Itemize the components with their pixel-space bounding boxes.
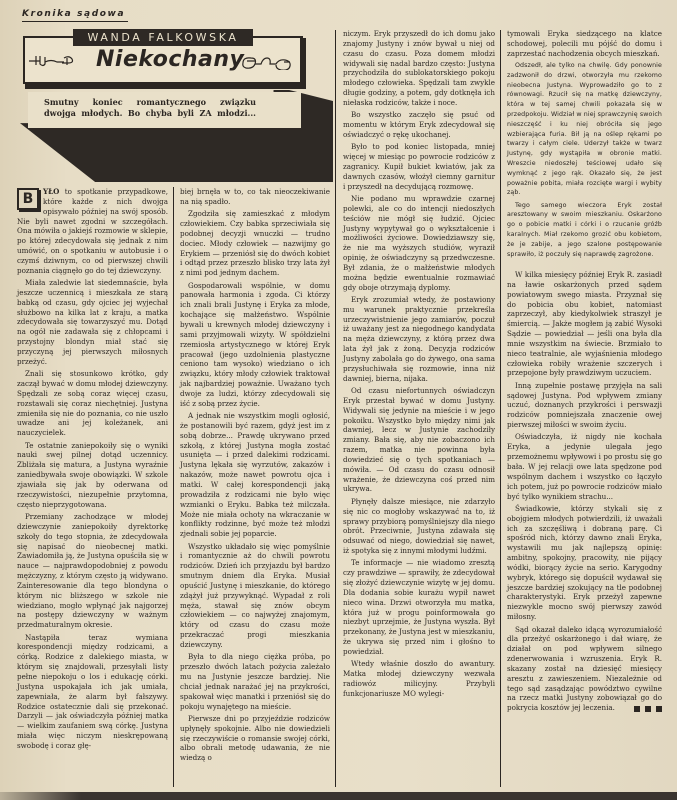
paragraph: Te informacje — nie wiadomo zresztą czy …: [343, 558, 495, 656]
drop-cap: B: [17, 188, 39, 210]
section-label: Kronika sądowa: [22, 9, 128, 22]
article-column-4: tymowali Eryka siedzącego na klatce scho…: [507, 29, 662, 716]
doodle-left-icon: [28, 53, 80, 69]
paragraph: Była to dla niego ciężka próba, po przes…: [180, 652, 330, 711]
paragraph: Płynęły dalsze miesiące, nie zdarzyło si…: [343, 497, 495, 556]
page-bottom-edge: [0, 792, 677, 800]
paragraph: Od czasu niefortunnych oświadczyn Eryk p…: [343, 386, 495, 494]
article-column-1: BYŁO to spotkanie przypadkowe, które każ…: [17, 187, 168, 753]
column-divider: [335, 30, 336, 787]
paragraph: Oświadczyła, iż nigdy nie kochała Eryka,…: [507, 432, 662, 501]
paragraph: Bo wszystko zaczęło się psuć od momentu …: [343, 110, 495, 140]
doodle-right-icon: [241, 56, 295, 70]
title-box-shadow: [25, 83, 306, 89]
paragraph: Pierwsze dni po przyjeździe rodziców upł…: [180, 714, 330, 763]
article-column-2: biej brnęła w to, co tak nieoczekiwanie …: [180, 187, 330, 766]
article-lead: Smutny koniec romantycznego związku dwoj…: [44, 97, 256, 119]
paragraph: A jednak nie wszystkim mogli ogłosić, że…: [180, 411, 330, 539]
paragraph: Inną zupełnie postawę przyjęła na sali s…: [507, 381, 662, 430]
paragraph: Miała zaledwie lat siedemnaście, była je…: [17, 278, 168, 367]
paragraph: Było to pod koniec listopada, mniej więc…: [343, 142, 495, 191]
article-title: Niekochany: [96, 47, 236, 72]
article-column-3: niczym. Eryk przyszedł do ich domu jako …: [343, 29, 495, 701]
column-divider: [173, 187, 174, 787]
paragraph: Eryk zrozumiał wtedy, że postawiony mu w…: [343, 295, 495, 384]
paragraph: Zgodziła się zamieszkać z młodym człowie…: [180, 209, 330, 278]
paragraph: Świadkowie, którzy stykali się z obojgie…: [507, 504, 662, 622]
paragraph: Znali się stosunkowo krótko, gdy zaczął …: [17, 369, 168, 438]
small-print-section: Odszedł, ale tylko na chwilę. Gdy ponown…: [507, 61, 662, 259]
paragraph: W kilka miesięcy później Eryk R. zasiadł…: [507, 270, 662, 378]
paragraph: Przemiany zachodzące w młodej dziewczyni…: [17, 512, 168, 630]
title-box-shadow: [300, 38, 306, 89]
newspaper-page: Kronika sądowa WANDA FALKOWSKA Niekochan…: [0, 0, 677, 800]
paragraph: BYŁO to spotkanie przypadkowe, które każ…: [17, 187, 168, 276]
lead-line: dwojga młodych. Bo chyba byli ZA młodzi.…: [44, 108, 256, 119]
paragraph: Nie podano mu wprawdzie czarnej polewki,…: [343, 194, 495, 292]
paragraph: Sąd okazał daleko idącą wyrozumiałość dl…: [507, 625, 662, 714]
paragraph: Nastąpiła teraz wymiana korespondencji m…: [17, 633, 168, 751]
paragraph: Te ostatnie zaniepokoiły się o wyniki na…: [17, 441, 168, 510]
paragraph: Wszystko układało się więc pomyślnie i r…: [180, 542, 330, 650]
paragraph: niczym. Eryk przyszedł do ich domu jako …: [343, 29, 495, 108]
author-name: WANDA FALKOWSKA: [73, 29, 253, 46]
paragraph: Tego samego wieczora Eryk został areszto…: [507, 201, 662, 260]
paragraph: Gospodarowali wspólnie, w domu panowała …: [180, 281, 330, 409]
lead-line: Smutny koniec romantycznego związku: [44, 97, 256, 108]
paragraph: biej brnęła w to, co tak nieoczekiwanie …: [180, 187, 330, 207]
paragraph: Wtedy właśnie doszło do awantury. Matka …: [343, 659, 495, 698]
paragraph: tymowali Eryka siedzącego na klatce scho…: [507, 29, 662, 59]
column-divider: [500, 30, 501, 787]
paragraph: Odszedł, ale tylko na chwilę. Gdy ponown…: [507, 61, 662, 198]
end-of-article-squares-icon: [621, 705, 662, 715]
